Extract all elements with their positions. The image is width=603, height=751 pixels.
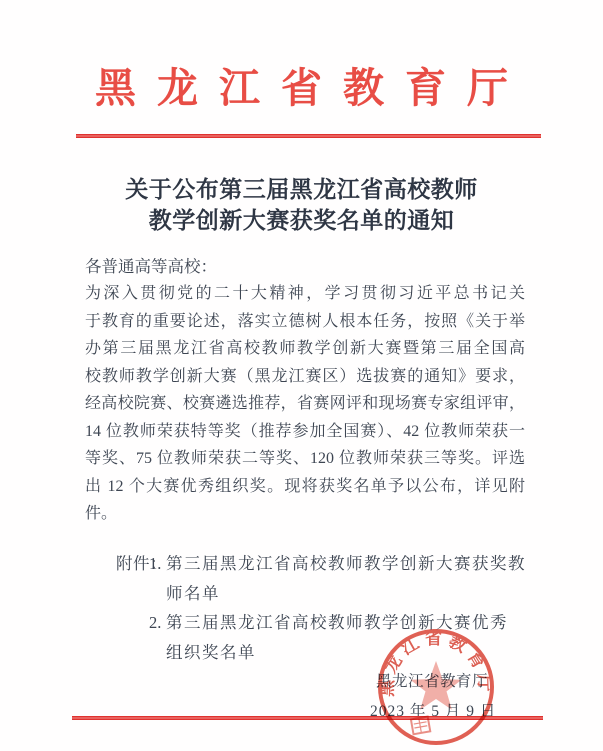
body-line: 校教师教学创新大赛（黑龙江赛区）选拔赛的通知》要求，: [85, 363, 525, 391]
attachment-line: 组织奖名单: [166, 638, 526, 668]
attachment-lines: 第三届黑龙江省高校教师教学创新大赛优秀组织奖名单: [166, 608, 526, 667]
letterhead-divider: [76, 134, 541, 138]
attachment-lines: 第三届黑龙江省高校教师教学创新大赛获奖教师名单: [166, 549, 526, 608]
notice-title-line2: 教学创新大赛获奖名单的通知: [149, 208, 455, 233]
attachments-list: 1. 第三届黑龙江省高校教师教学创新大赛获奖教师名单 2. 第三届黑龙江省高校教…: [149, 549, 526, 667]
attachment-number: 1.: [149, 549, 161, 579]
body-line: 为深入贯彻党的二十大精神，学习贯彻习近平总书记关: [85, 280, 525, 308]
body-line: 件。: [85, 500, 525, 528]
attachment-number: 2.: [149, 608, 161, 638]
attachment-line: 第三届黑龙江省高校教师教学创新大赛优秀: [166, 608, 526, 638]
attachment-item: 2. 第三届黑龙江省高校教师教学创新大赛优秀组织奖名单: [149, 608, 526, 667]
salutation: 各普通高等高校：: [85, 253, 525, 281]
body-line: 于教育的重要论述，落实立德树人根本任务，按照《关于举: [85, 308, 525, 336]
body-line: 出 12 个大赛优秀组织奖。现将获奖名单予以公布，详见附: [85, 473, 525, 501]
letterhead-title: 黑龙江省教育厅: [0, 55, 603, 114]
attachment-line: 师名单: [166, 579, 526, 609]
body-line: 经高校院赛、校赛遴选推荐，省赛网评和现场赛专家组评审，: [85, 390, 525, 418]
body-line: 14 位教师荣获特等奖（推荐参加全国赛）、42 位教师荣获一: [85, 418, 525, 446]
document-page: 黑龙江省教育厅 关于公布第三届黑龙江省高校教师 教学创新大赛获奖名单的通知 各普…: [0, 0, 603, 751]
notice-title: 关于公布第三届黑龙江省高校教师 教学创新大赛获奖名单的通知: [0, 174, 603, 236]
notice-title-line1: 关于公布第三届黑龙江省高校教师: [125, 177, 478, 202]
signature-org: 黑龙江省教育厅: [376, 669, 488, 691]
attachment-item: 1. 第三届黑龙江省高校教师教学创新大赛获奖教师名单: [149, 549, 526, 608]
body-line: 等奖、75 位教师荣获二等奖、120 位教师荣获三等奖。评选: [85, 445, 525, 473]
body-paragraph: 为深入贯彻党的二十大精神，学习贯彻习近平总书记关 于教育的重要论述，落实立德树人…: [85, 280, 525, 528]
attachment-line: 第三届黑龙江省高校教师教学创新大赛获奖教: [166, 549, 526, 579]
body-line: 办第三届黑龙江省高校教师教学创新大赛暨第三届全国高: [85, 335, 525, 363]
bottom-divider: [72, 716, 543, 720]
